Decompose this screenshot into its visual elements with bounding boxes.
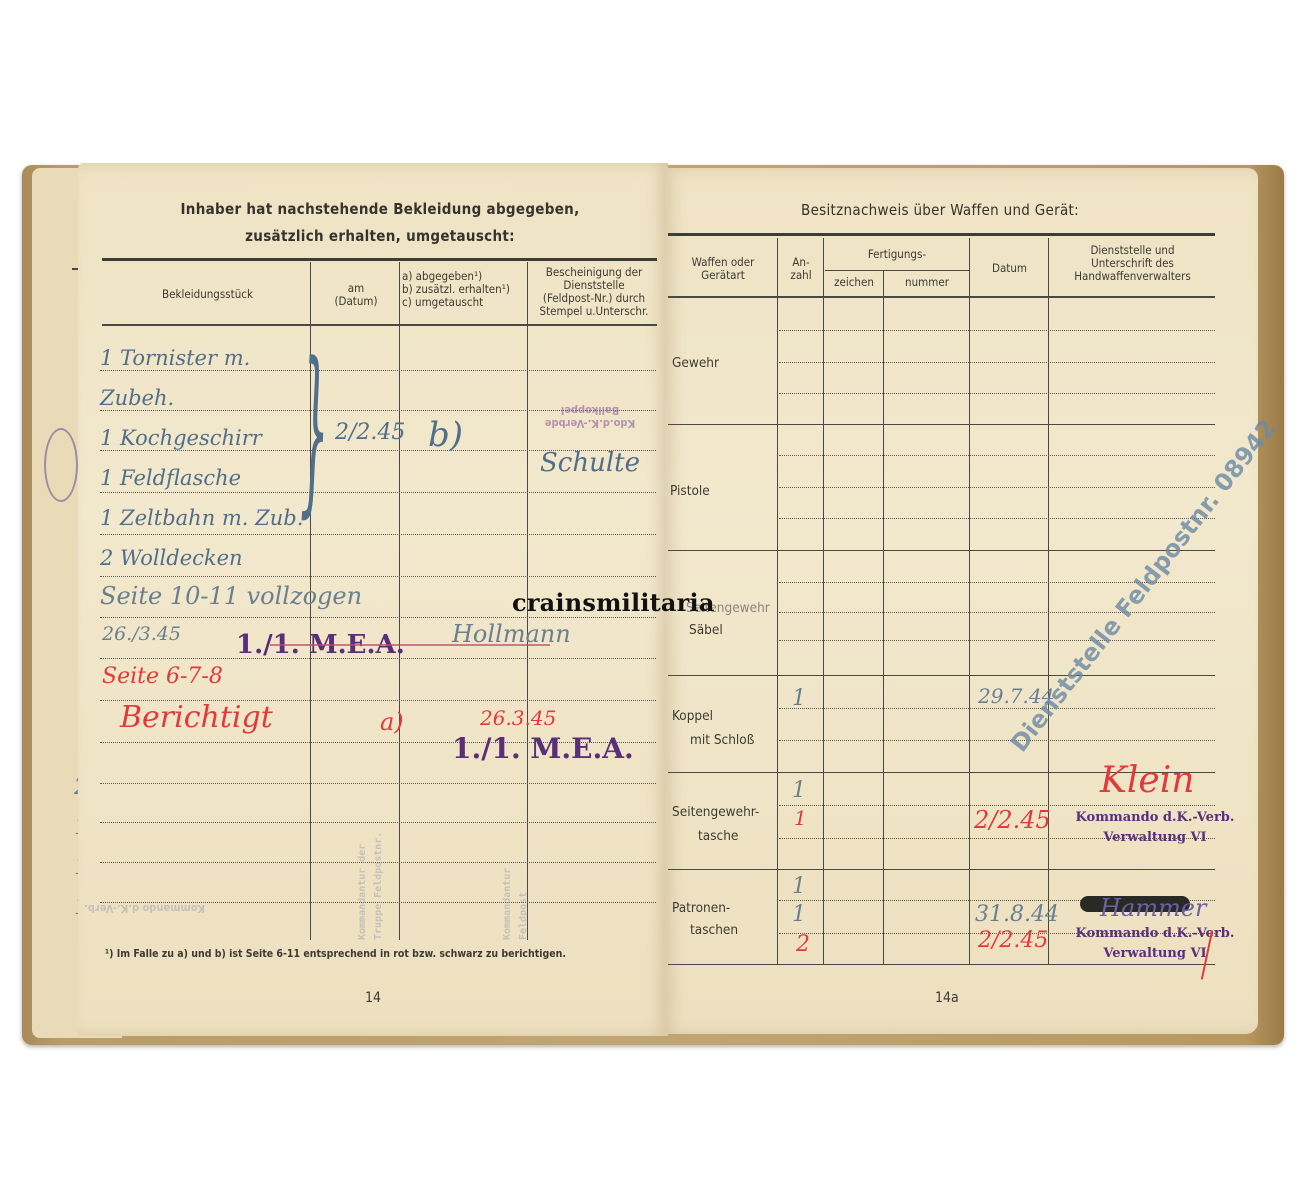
header-bottom-rule: [102, 324, 657, 326]
col-abc: a) abgegeben¹) b) zusätzl. erhalten¹) c)…: [402, 270, 528, 309]
seite-10-11-note: Seite 10-11 vollzogen: [100, 582, 362, 610]
rvline-1: [777, 238, 778, 965]
footnote: ¹) Im Falle zu a) und b) ist Seite 6-11 …: [105, 948, 665, 960]
col-waffen-2: Gerätart: [670, 269, 776, 282]
rrow-dots: [779, 740, 1215, 741]
clothing-item: 2 Wolldecken: [100, 538, 310, 578]
row-label-taschen: taschen: [690, 922, 738, 938]
pt-anzahl-3: 2: [796, 932, 810, 957]
clothing-entries: 1 Tornister m. Zubeh. 1 Kochgeschirr 1 F…: [100, 338, 310, 578]
rrow-dots: [779, 640, 1215, 641]
row-dots: [100, 783, 656, 784]
row-dots: [100, 617, 656, 618]
red-abc: a): [380, 708, 404, 736]
rrow-dots: [779, 330, 1215, 331]
right-header-bottom-rule: [668, 296, 1215, 298]
col-am-datum: am (Datum): [312, 282, 400, 308]
col-abc-c: c) umgetauscht: [402, 296, 528, 309]
rvline-4: [969, 238, 970, 965]
unit-stamp-2: 1./1. M.E.A.: [452, 732, 634, 765]
row-label-koppel: Koppel: [672, 708, 713, 724]
bleed-through-stamp: Kommandantur Feldpost: [500, 840, 532, 940]
left-page-title-line1: Inhaber hat nachstehende Bekleidung abge…: [100, 200, 660, 218]
faint-round-stamp: [44, 428, 78, 502]
section-rule: [668, 675, 1215, 676]
section-rule: [668, 424, 1215, 425]
table-top-rule: [102, 258, 657, 261]
right-table-top-rule: [668, 233, 1215, 236]
rrow-dots: [779, 487, 1215, 488]
col-fertigungs: Fertigungs-: [825, 248, 969, 261]
pt-datum-2: 2/2.45: [978, 928, 1048, 953]
row-label-gewehr: Gewehr: [672, 355, 719, 371]
bleed-through-stamp-small: Kommando d.K.-Verb.: [84, 902, 205, 915]
line7-date: 26./3.45: [102, 623, 181, 645]
col-zeichen: zeichen: [825, 276, 883, 289]
rrow-dots: [779, 708, 1215, 709]
pt-datum-1: 31.8.44: [975, 902, 1059, 927]
col-dienst-3: Handwaffenverwalters: [1050, 270, 1215, 283]
row-label-pistole: Pistole: [670, 483, 710, 499]
red-signature-1: Klein: [1100, 760, 1194, 801]
col-waffen: Waffen oder Gerätart: [670, 256, 776, 282]
kommando-line1: Kommando d.K.-Verb.: [1075, 808, 1235, 828]
vline-2: [399, 262, 400, 940]
page-number-left: 14: [365, 990, 381, 1006]
red-seite-6-7-8: Seite 6-7-8: [102, 664, 223, 689]
sgt-datum: 2/2.45: [974, 806, 1051, 834]
col-besch-4: Stempel u.Unterschr.: [530, 305, 658, 318]
kommando-line2: Verwaltung VI: [1075, 828, 1235, 848]
page-number-right: 14a: [935, 990, 959, 1006]
clothing-item: 1 Tornister m. Zubeh.: [100, 338, 310, 418]
section-rule: [668, 869, 1215, 870]
row-label-saebel: Säbel: [689, 622, 723, 638]
row-dots: [100, 822, 656, 823]
clothing-item: 1 Zeltbahn m. Zub.: [100, 498, 310, 538]
red-date: 26.3.45: [480, 706, 556, 730]
pt-anzahl-1: 1: [792, 874, 806, 899]
clothing-item: 1 Kochgeschirr: [100, 418, 310, 458]
bracket-brace: }: [300, 330, 329, 530]
col-anzahl-2: zahl: [779, 269, 823, 282]
rrow-dots: [779, 612, 1215, 613]
faint-purple-stamp: Kdo.d.K.-Verbde Ballkoppel: [530, 404, 650, 430]
col-bescheinigung: Bescheinigung der Dienststelle (Feldpost…: [530, 266, 658, 318]
watermark: crainsmilitaria: [512, 588, 715, 617]
col-dienststelle: Dienststelle und Unterschrift des Handwa…: [1050, 244, 1215, 283]
red-berichtigt: Berichtigt: [120, 700, 273, 735]
section-rule: [668, 550, 1215, 551]
rvline-2: [823, 238, 824, 965]
fert-split-rule: [825, 270, 970, 271]
clothing-item: 1 Feldflasche: [100, 458, 310, 498]
strike-line: [270, 644, 550, 646]
rrow-dots: [779, 393, 1215, 394]
col-bekleidungsstueck: Bekleidungsstück: [105, 288, 310, 301]
group-abc: b): [428, 415, 463, 455]
sgt-anzahl-1: 1: [792, 778, 806, 803]
row-label-mit-schloss: mit Schloß: [690, 732, 754, 748]
row-label-seitengewehrtasche: Seitengewehr-: [672, 804, 759, 820]
row-label-tasche: tasche: [698, 828, 738, 844]
rrow-dots: [779, 518, 1215, 519]
section-rule: [668, 964, 1215, 965]
row-label-patronen: Patronen-: [672, 900, 730, 916]
group-date: 2/2.45: [335, 420, 405, 445]
rrow-dots: [779, 455, 1215, 456]
rvline-3: [883, 270, 884, 965]
right-page-title: Besitznachweis über Waffen und Gerät:: [700, 201, 1180, 219]
koppel-anzahl: 1: [792, 686, 806, 711]
col-anzahl: An- zahl: [779, 256, 823, 282]
left-page-title-line2: zusätzlich erhalten, umgetauscht:: [100, 227, 660, 245]
kommando-line2: Verwaltung VI: [1075, 944, 1235, 964]
col-datum-label: (Datum): [312, 295, 400, 308]
rrow-dots: [779, 362, 1215, 363]
rvline-5: [1048, 238, 1049, 965]
bleed-through-stamp: Kommandantur der Truppe Feldpostnr.: [355, 830, 387, 940]
purple-signature: Hammer: [1100, 894, 1206, 922]
col-nummer: nummer: [884, 276, 970, 289]
sgt-anzahl-2: 1: [794, 806, 807, 830]
pt-anzahl-2: 1: [792, 902, 806, 927]
col-datum: Datum: [971, 262, 1048, 275]
group-signature: Schulte: [540, 448, 640, 478]
kommando-stamp-1: Kommando d.K.-Verb. Verwaltung VI: [1075, 808, 1235, 848]
